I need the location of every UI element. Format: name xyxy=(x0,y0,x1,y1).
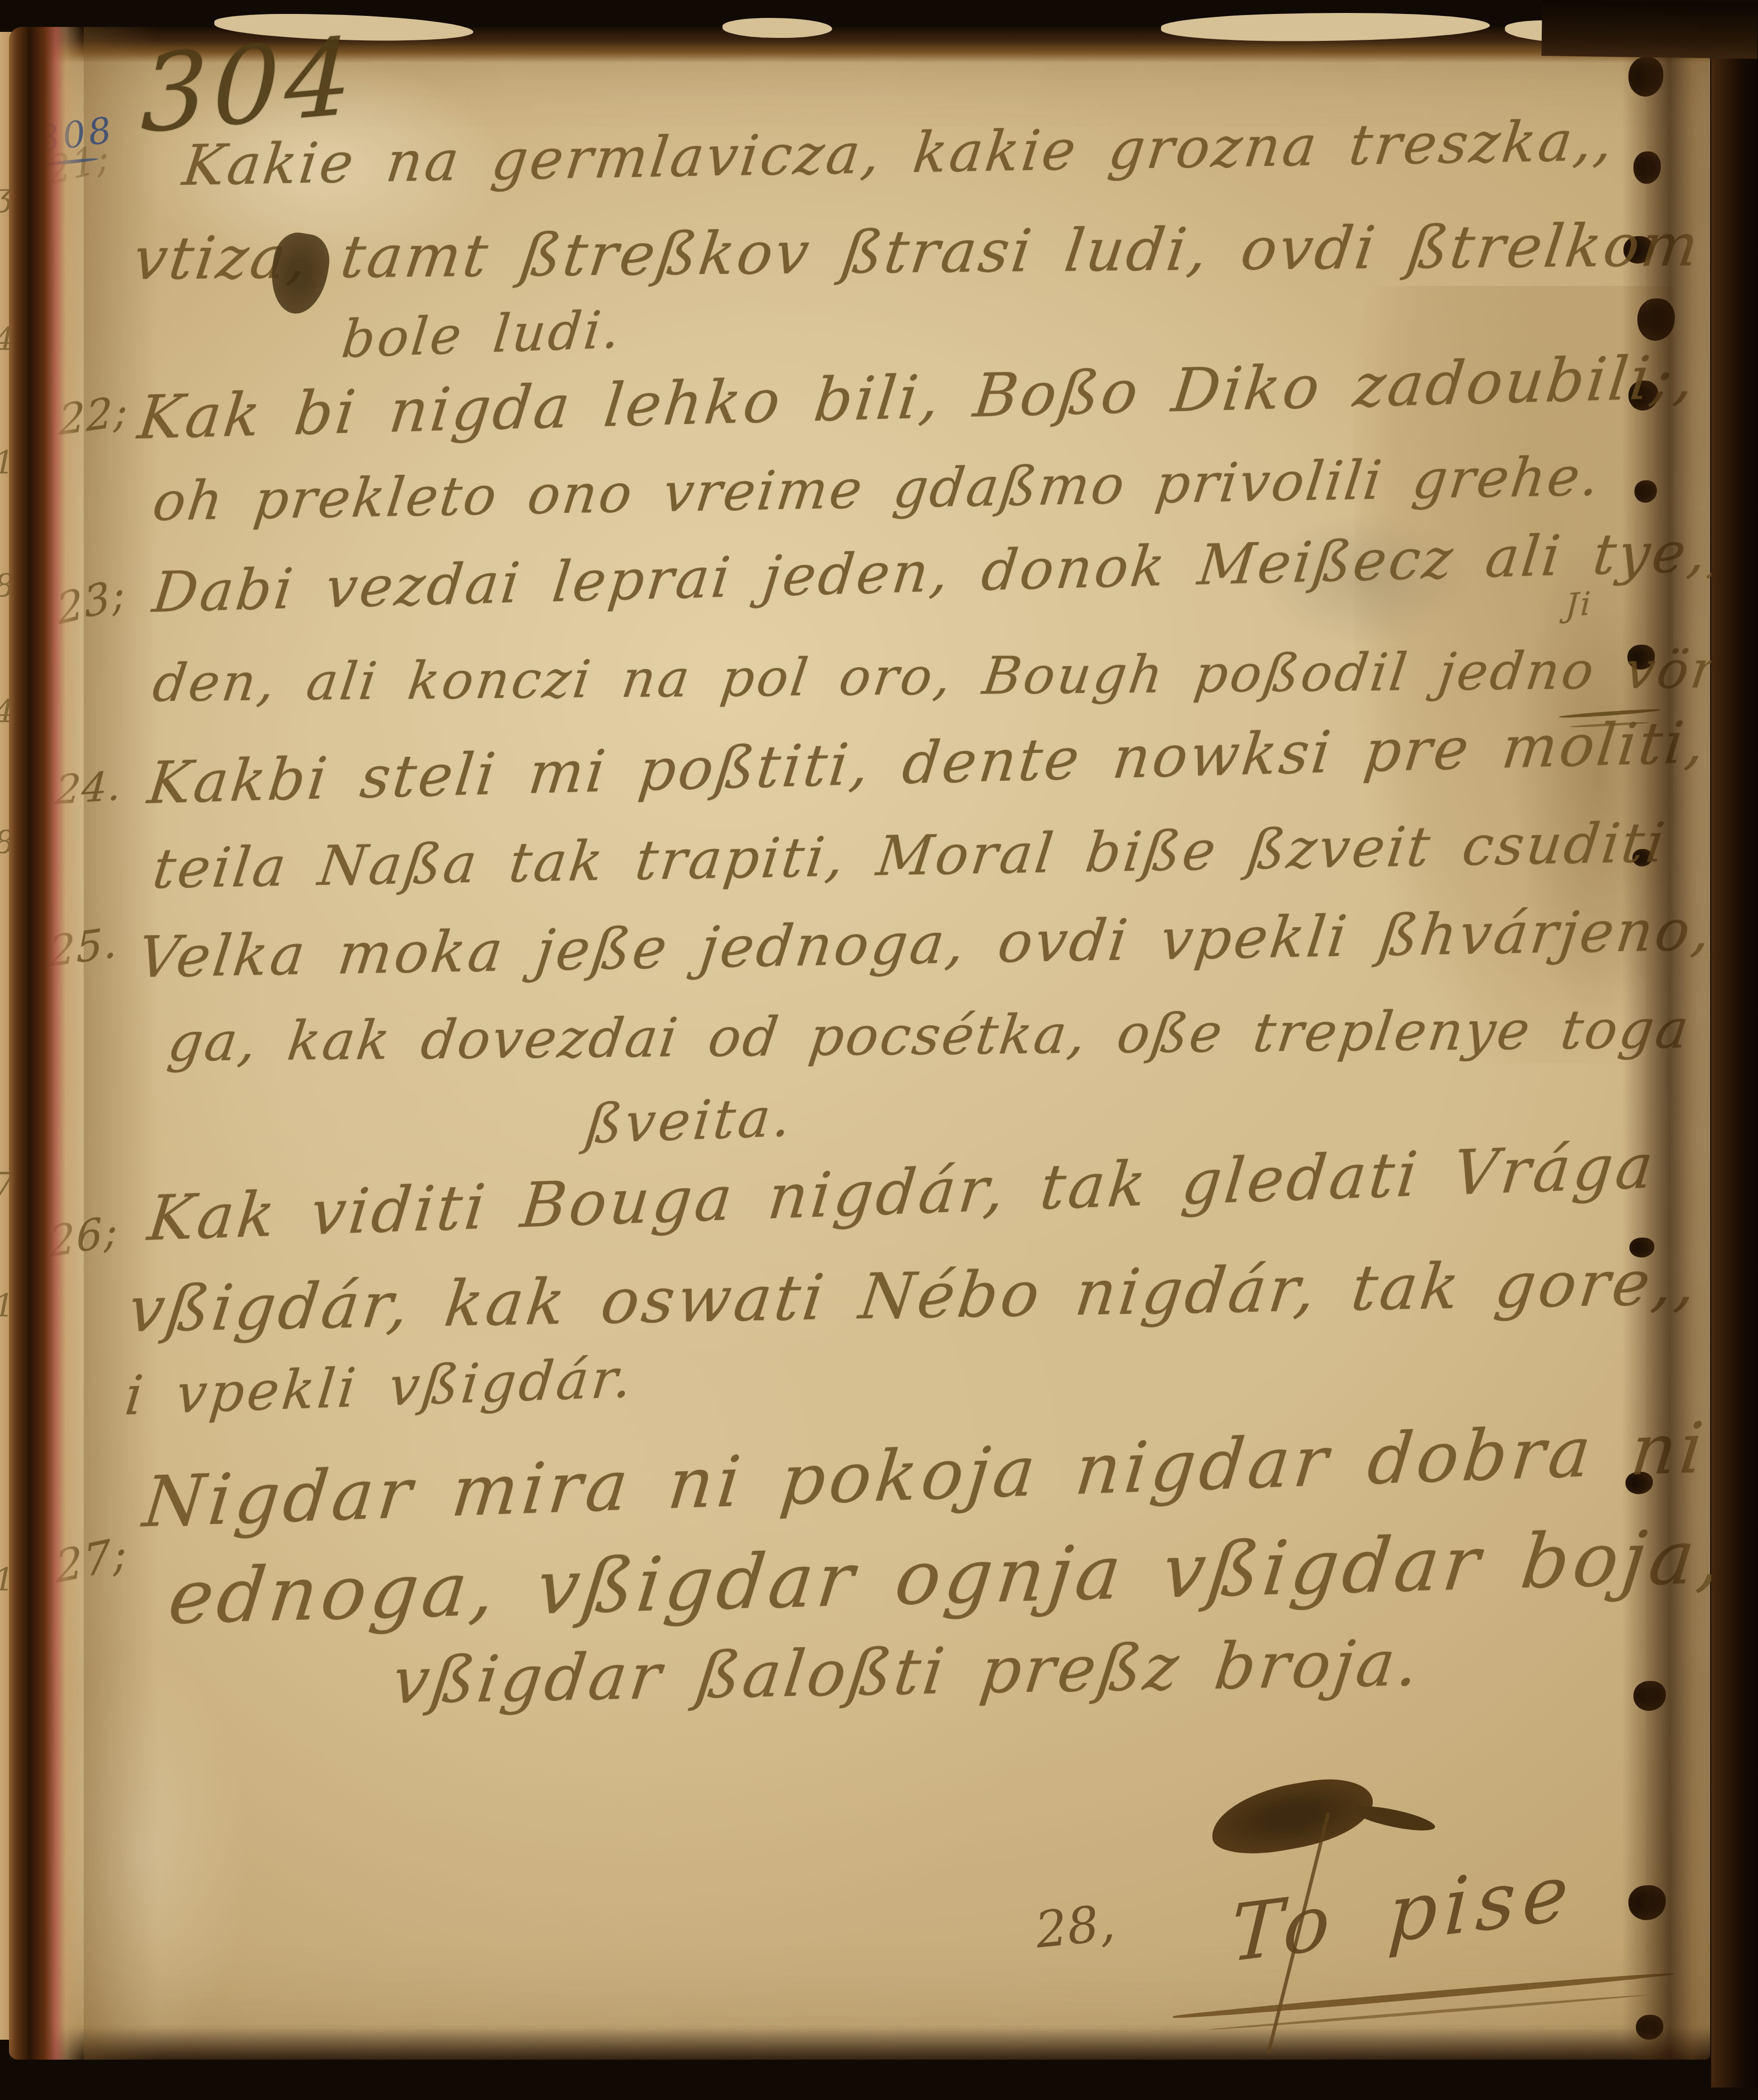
manuscript-line: vßigdár, kak oswati Nébo nigdár, tak gor… xyxy=(125,1246,1703,1346)
ink-blot-large xyxy=(1205,1771,1378,1862)
stanza-number: 25. xyxy=(49,918,118,977)
manuscript-line: den, ali konczi na pol oro, Bough poßodi… xyxy=(149,639,1758,713)
stanza-number: 24. xyxy=(54,762,123,814)
photograph-background: { "page": { "archival_number": "308", "p… xyxy=(0,0,1758,2100)
manuscript-line: Dabi vezdai leprai jeden, donok Meißecz … xyxy=(149,519,1732,625)
page-number-large: 304 xyxy=(140,14,358,156)
manuscript-line: bole ludi. xyxy=(339,299,625,370)
stanza-number: 26; xyxy=(48,1206,119,1267)
manuscript-line: vtiza, tamt ßtreßkov ßtrasi ludi, ovdi ß… xyxy=(130,210,1705,293)
manuscript-line: Velka moka jeße jednoga, ovdi vpekli ßhv… xyxy=(135,896,1737,990)
manuscript-line: vßigdar ßaloßti preßz broja. xyxy=(389,1626,1426,1718)
closing-stanza-number: 28, xyxy=(1032,1893,1117,1960)
marginal-note: Ji xyxy=(1565,585,1594,625)
stanza-number: 23; xyxy=(55,568,128,634)
manuscript-line: ga, kak dovezdai od pocsétka, oße treple… xyxy=(164,998,1694,1074)
manuscript-line: Kak viditi Bouga nigdár, tak gledati Vrá… xyxy=(145,1130,1659,1255)
manuscript-line: Kakie na germlavicza, kakie grozna tresz… xyxy=(179,109,1619,198)
book-cover-edge xyxy=(1711,20,1758,2088)
book-cover-top-corner xyxy=(1541,0,1758,59)
stanza-number: 27; xyxy=(54,1527,130,1593)
manuscript-text: 308 304 28, To pise Kakie na germlavicza… xyxy=(0,0,1758,2100)
stanza-number: 22; xyxy=(59,386,129,445)
manuscript-line: ßveita. xyxy=(583,1086,797,1156)
manuscript-line: oh prekleto ono vreime gdaßmo privolili … xyxy=(149,445,1605,533)
manuscript-line: teila Naßa tak trapiti, Moral biße ßzvei… xyxy=(149,811,1670,901)
manuscript-line: i vpekli vßigdár. xyxy=(122,1347,638,1427)
closing-flourish-text: To pise xyxy=(1229,1845,1578,1979)
flourish-underline xyxy=(1208,1993,1648,2031)
manuscript-line: Kakbi steli mi poßtiti, dente nowksi pre… xyxy=(145,709,1711,817)
